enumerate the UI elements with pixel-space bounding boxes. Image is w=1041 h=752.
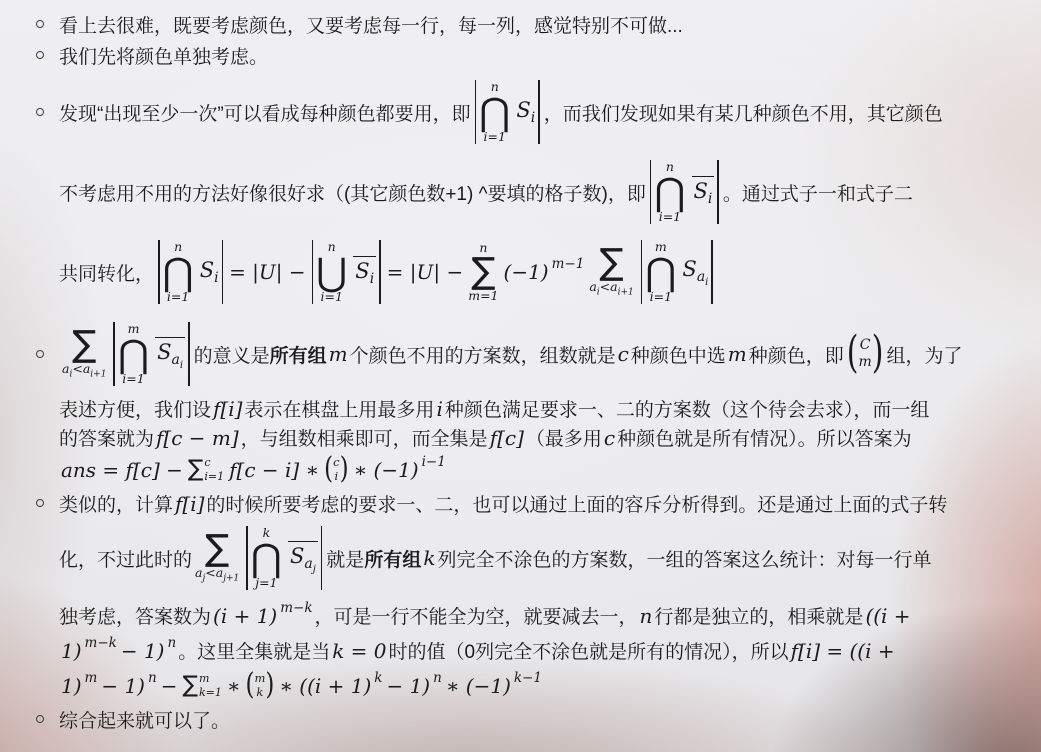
paragraph-text: 行都是独立的，相乘就是	[654, 602, 863, 629]
term: ∗ ((i + 1)	[279, 674, 371, 698]
abs-intersection-s-a: m ⋂ i=1 Sai	[641, 240, 713, 305]
equals-universe-minus: = |U| −	[387, 260, 464, 284]
paragraph-text: （最多用	[526, 424, 602, 451]
lower-limit: i=1	[204, 470, 224, 484]
sum-icon: ∑	[188, 458, 204, 481]
exponent: m−k	[85, 635, 117, 651]
big-intersection: n ⋂ i=1	[163, 240, 194, 305]
paragraph-text: 。这里全集就是当	[178, 637, 330, 664]
intersection-icon: ⋂	[118, 336, 149, 372]
item-content: 看上去很难，既要考虑颜色，又要考虑每一行，每一列，感觉特别不可做...	[59, 10, 1031, 39]
k-equals-zero: k = 0	[332, 639, 386, 663]
sub-i-plus-1: i+1	[618, 288, 634, 298]
exponent: n	[433, 670, 442, 686]
bullet-icon	[36, 51, 44, 59]
binomial-stack: mk	[254, 672, 265, 700]
set-letter: S	[200, 258, 214, 282]
term: ((i +	[865, 604, 910, 628]
text-line: 看上去很难，既要考虑颜色，又要考虑每一行，每一列，感觉特别不可做...	[59, 10, 1031, 39]
bold-text: 所有组	[270, 341, 327, 368]
inline-sum: ∑mk=1	[182, 672, 221, 700]
paragraph-text: ，可是一行不能全为空，就要减去一，	[315, 602, 638, 629]
big-sum: n ∑ m=1	[468, 241, 498, 304]
right-paren: )	[340, 455, 349, 485]
lower-limit: aj<aj+1	[195, 566, 239, 584]
overline: Si	[692, 176, 715, 207]
big-sum-ordered: ∑ ai<ai+1	[589, 246, 633, 298]
set-symbol: Si	[200, 258, 219, 286]
lower-limit: i=1	[659, 210, 681, 224]
paragraph-text: 种颜色中选	[631, 341, 726, 368]
lower-limit: ai<ai+1	[62, 362, 106, 380]
sub-i-plus-1: i+1	[90, 370, 106, 380]
bullet-icon	[36, 715, 44, 723]
term: ∗ (−1)	[446, 674, 511, 698]
f-of-i: f[i]	[175, 492, 204, 516]
upper-limit: c	[204, 456, 210, 470]
set-subscript: i	[531, 110, 535, 126]
term: ∗ (−1)	[354, 458, 419, 482]
abs-bar-left	[246, 526, 248, 591]
set-subscript: ai	[172, 352, 184, 368]
lower-limit: k=1	[199, 686, 222, 700]
less-than: <	[205, 565, 215, 580]
abs-bar-left	[113, 322, 115, 387]
big-intersection: m ⋂ i=1	[645, 240, 676, 305]
item-content: 类似的，计算f[i]的时候所要考虑的要求一、二，也可以通过上面的容斥分析得到。还…	[59, 489, 1031, 703]
item-content: 我们先将颜色单独考虑。	[59, 41, 1031, 70]
times-sign: ∗	[227, 674, 241, 698]
paragraph-text: 表示在棋盘上用最多用	[244, 395, 434, 422]
intersection-icon: ⋂	[479, 94, 510, 130]
exponent: k−1	[514, 670, 542, 686]
equation-line: 1)m− 1)n− ∑mk=1 ∗ (mk) ∗ ((i + 1)k− 1)n∗…	[59, 668, 1031, 703]
math-line: 化，不过此时的 ∑ aj<aj+1 k ⋂ j=1 Saj 就是所有组k列完全不…	[59, 518, 1031, 598]
set-letter: S	[516, 98, 530, 122]
list-item: 我们先将颜色单独考虑。	[28, 41, 1031, 70]
bullet-icon	[36, 20, 44, 28]
binomial-bottom: m	[859, 354, 872, 371]
abs-bar-right	[717, 160, 719, 225]
sub-i: i	[705, 276, 708, 287]
upper-limit: m	[199, 672, 209, 686]
overline: Si	[353, 256, 376, 287]
set-symbol-complement: Sai	[155, 337, 185, 371]
abs-bar-right	[188, 322, 190, 387]
var-a: a	[697, 269, 705, 285]
abs-bar-left	[158, 240, 160, 305]
intersection-icon: ⋂	[163, 254, 194, 290]
set-letter: S	[682, 257, 696, 281]
paragraph-text: 看上去很难，既要考虑颜色，又要考虑每一行，每一列，感觉特别不可做...	[59, 11, 683, 38]
paragraph-text: 共同转化，	[59, 259, 154, 286]
abs-intersection-s-complement: n ⋂ i=1 Si	[650, 160, 719, 225]
list-item: 发现“出现至少一次”可以看成每种颜色都要用，即 n ⋂ i=1 Si ，而我们发…	[28, 72, 1031, 312]
exponent: n	[167, 635, 176, 651]
less-than: <	[600, 279, 610, 294]
paragraph-text: 独考虑，答案数为	[59, 602, 211, 629]
text-line: 我们先将颜色单独考虑。	[59, 41, 1031, 70]
binomial-top: m	[254, 672, 265, 686]
abs-intersection-s-a-complement: m ⋂ i=1 Sai	[113, 322, 189, 387]
abs-intersection-s: n ⋂ i=1 Si	[158, 240, 223, 305]
term: (i + 1)	[213, 604, 277, 628]
bullet-icon	[36, 108, 44, 116]
paragraph-text: 的答案就为	[59, 424, 154, 451]
paragraph-text: ，与组数相乘即可，而全集是	[241, 424, 488, 451]
big-union: n ⋃ i=1	[316, 240, 347, 305]
paragraph-text: 我们先将颜色单独考虑。	[59, 42, 268, 69]
sub-j-plus-1: j+1	[223, 574, 239, 584]
f-of-c: f[c]	[490, 426, 524, 450]
big-intersection: m ⋂ i=1	[118, 322, 149, 387]
set-letter: S	[290, 544, 304, 568]
left-paren: (	[245, 671, 254, 701]
set-symbol-complement: Saj	[288, 541, 318, 575]
list-item: 综合起来就可以了。	[28, 705, 1031, 734]
big-intersection: n ⋂ i=1	[479, 80, 510, 145]
set-letter: S	[355, 259, 369, 283]
term: − 1)	[101, 674, 145, 698]
math-line: 不考虑用不用的方法好像很好求（(其它颜色数+1) ^要填的格子数)，即 n ⋂ …	[59, 152, 1031, 232]
sum-icon: ∑	[72, 328, 96, 362]
binomial-top: C	[860, 337, 871, 354]
lower-limit: i=1	[650, 290, 672, 304]
math-line: 发现“出现至少一次”可以看成每种颜色都要用，即 n ⋂ i=1 Si ，而我们发…	[59, 72, 1031, 152]
exponent: m−k	[280, 600, 312, 616]
var-n: n	[640, 604, 653, 628]
var-a: a	[172, 352, 180, 368]
big-intersection: k ⋂ j=1	[251, 526, 282, 591]
bold-text: 所有组	[364, 545, 421, 572]
term: f[c − i] ∗	[229, 458, 319, 482]
set-symbol: Sai	[682, 257, 708, 288]
paragraph-text: 化，不过此时的	[59, 545, 192, 572]
term: − 1)	[386, 674, 430, 698]
overline: Sai	[155, 337, 185, 371]
abs-bar-left	[650, 160, 652, 225]
abs-bar-left	[475, 80, 477, 145]
var-a: a	[589, 279, 596, 294]
paragraph-text: 。通过式子一和式子二	[723, 179, 913, 206]
list-item: 类似的，计算f[i]的时候所要考虑的要求一、二，也可以通过上面的容斥分析得到。还…	[28, 489, 1031, 703]
notes-list: 看上去很难，既要考虑颜色，又要考虑每一行，每一列，感觉特别不可做... 我们先将…	[28, 10, 1031, 734]
exponent: m	[85, 670, 98, 686]
exponent: m−1	[552, 256, 585, 272]
set-subscript: i	[708, 192, 712, 208]
f-of-i: f[i]	[213, 397, 242, 421]
lower-limit: j=1	[255, 576, 277, 590]
right-paren: )	[265, 671, 274, 701]
exponent: i−1	[422, 454, 446, 470]
sum-icon: ∑	[182, 674, 198, 697]
intersection-icon: ⋂	[654, 174, 685, 210]
ans-equation-head: ans = f[c] −	[61, 458, 183, 482]
f-of-c-minus-m: f[c − m]	[156, 426, 239, 450]
text-line: 综合起来就可以了。	[59, 705, 1031, 734]
abs-bar-right	[538, 80, 540, 145]
set-subscript: ai	[697, 269, 709, 285]
intersection-icon: ⋂	[645, 254, 676, 290]
set-letter: S	[694, 179, 708, 203]
var-c: c	[604, 426, 615, 450]
abs-bar-right	[711, 240, 713, 305]
paragraph-text: 列完全不涂色的方案数，一组的答案这么统计：对每一行单	[437, 545, 931, 572]
var-m: m	[329, 342, 348, 366]
text-line: 类似的，计算f[i]的时候所要考虑的要求一、二，也可以通过上面的容斥分析得到。还…	[59, 489, 1031, 518]
right-paren: )	[872, 332, 884, 376]
item-content: 综合起来就可以了。	[59, 705, 1031, 734]
set-symbol-complement: Si	[353, 256, 376, 287]
paragraph-text: 不考虑用不用的方法好像很好求（(其它颜色数+1) ^要填的格子数)，即	[59, 179, 646, 206]
var-a: a	[304, 556, 312, 572]
abs-bar-left	[641, 240, 643, 305]
binomial-c-i: (ci)	[324, 456, 348, 484]
intersection-icon: ⋂	[251, 540, 282, 576]
bullet-icon	[36, 350, 44, 358]
set-symbol-complement: Si	[692, 176, 715, 207]
overline: Saj	[288, 541, 318, 575]
binomial-m-k: (mk)	[245, 672, 274, 700]
binomial-C-m: (Cm)	[847, 337, 884, 371]
paragraph-text: 就是	[326, 545, 364, 572]
paragraph-text: 种颜色，即	[749, 341, 844, 368]
sum-icon: ∑	[471, 255, 495, 289]
set-symbol: Si	[516, 98, 535, 126]
minus-sign: −	[161, 674, 178, 698]
paragraph-text: ，而我们发现如果有某几种颜色不用，其它颜色	[544, 99, 943, 126]
big-intersection: n ⋂ i=1	[654, 160, 685, 225]
binomial-bottom: k	[256, 686, 263, 700]
set-subscript: i	[214, 270, 218, 286]
term: 1)	[61, 674, 82, 698]
var-m: m	[728, 342, 747, 366]
list-item: ∑ ai<ai+1 m ⋂ i=1 Sai 的意义是所有组m个颜色不用的方案数，…	[28, 314, 1031, 487]
paragraph-text: 组，为了	[887, 341, 963, 368]
left-paren: (	[324, 455, 333, 485]
bullet-icon	[36, 499, 44, 507]
paragraph-text: 时的值（0列完全不涂色就是所有的情况），所以	[389, 637, 789, 664]
inline-sum: ∑ci=1	[188, 456, 224, 484]
abs-intersection-s: n ⋂ i=1 Si	[475, 80, 540, 145]
abs-union-s-complement: n ⋃ i=1 Si	[312, 240, 381, 305]
set-subscript: aj	[304, 556, 315, 572]
lower-limit: i=1	[484, 130, 506, 144]
lower-limit: m=1	[468, 289, 498, 303]
big-sum-ordered: ∑ ai<ai+1	[62, 328, 106, 380]
item-content: 发现“出现至少一次”可以看成每种颜色都要用，即 n ⋂ i=1 Si ，而我们发…	[59, 72, 1031, 312]
abs-intersection-s-a-complement: k ⋂ j=1 Saj	[246, 526, 322, 591]
lower-limit: i=1	[122, 372, 144, 386]
big-sum-ordered: ∑ aj<aj+1	[195, 532, 239, 584]
paragraph-text: 表述方便，我们设	[59, 395, 211, 422]
sub-i: i	[180, 360, 183, 371]
lower-limit: ai<ai+1	[589, 280, 633, 298]
binomial-stack: Cm	[859, 337, 872, 371]
set-subscript: i	[370, 272, 374, 288]
var-a: a	[610, 279, 617, 294]
term: f[i] = ((i +	[791, 639, 895, 663]
lower-limit: i=1	[320, 290, 342, 304]
abs-bar-right	[222, 240, 224, 305]
sum-limits: ci=1	[204, 456, 224, 484]
math-line: ∑ ai<ai+1 m ⋂ i=1 Sai 的意义是所有组m个颜色不用的方案数，…	[59, 314, 1031, 394]
neg-one-term: (−1)	[504, 260, 549, 284]
list-item: 看上去很难，既要考虑颜色，又要考虑每一行，每一列，感觉特别不可做...	[28, 10, 1031, 39]
abs-bar-right	[321, 526, 323, 591]
paragraph-text: 综合起来就可以了。	[59, 706, 230, 733]
paragraph-text: 的时候所要考虑的要求一、二，也可以通过上面的容斥分析得到。还是通过上面的式子转	[206, 490, 947, 517]
paragraph-text: 个颜色不用的方案数，组数就是	[350, 341, 616, 368]
abs-bar-left	[312, 240, 314, 305]
item-content: ∑ ai<ai+1 m ⋂ i=1 Sai 的意义是所有组m个颜色不用的方案数，…	[59, 314, 1031, 487]
text-line: 表述方便，我们设f[i]表示在棋盘上用最多用i种颜色满足要求一、二的方案数（这个…	[59, 394, 1031, 423]
var-c: c	[618, 342, 629, 366]
text-line: 的答案就为f[c − m]，与组数相乘即可，而全集是f[c]（最多用c种颜色就是…	[59, 423, 1031, 452]
sum-limits: mk=1	[199, 672, 222, 700]
lower-limit: i=1	[167, 290, 189, 304]
paragraph-text: 种颜色满足要求一、二的方案数（这个待会去求），而一组	[445, 395, 930, 422]
var-k: k	[423, 546, 435, 570]
abs-bar-right	[379, 240, 381, 305]
paragraph-text: 发现“出现至少一次”可以看成每种颜色都要用，即	[59, 99, 471, 126]
term: 1)	[61, 639, 82, 663]
paragraph-text: 的意义是	[194, 341, 270, 368]
less-than: <	[72, 361, 82, 376]
binomial-bottom: i	[335, 470, 339, 484]
equals-universe-minus: = |U| −	[229, 260, 306, 284]
left-paren: (	[847, 332, 859, 376]
union-icon: ⋃	[316, 254, 347, 290]
sum-icon: ∑	[599, 246, 623, 280]
equation-line: 共同转化， n ⋂ i=1 Si = |U| − n ⋃	[59, 232, 1031, 312]
exponent: k	[374, 670, 382, 686]
set-letter: S	[157, 340, 171, 364]
sum-icon: ∑	[205, 532, 229, 566]
term: − 1)	[121, 639, 165, 663]
sub-j: j	[313, 564, 316, 575]
exponent: n	[148, 670, 157, 686]
equation-line: ans = f[c] − ∑ci=1 f[c − i] ∗ (ci) ∗ (−1…	[59, 452, 1031, 487]
paragraph-text: 种颜色就是所有情况）。所以答案为	[617, 424, 912, 451]
text-line: 独考虑，答案数为(i + 1)m−k，可是一行不能全为空，就要减去一，n行都是独…	[59, 598, 1031, 633]
paragraph-text: 类似的，计算	[59, 490, 173, 517]
var-i: i	[436, 397, 442, 421]
text-line: 1)m−k− 1)n。这里全集就是当k = 0时的值（0列完全不涂色就是所有的情…	[59, 633, 1031, 668]
